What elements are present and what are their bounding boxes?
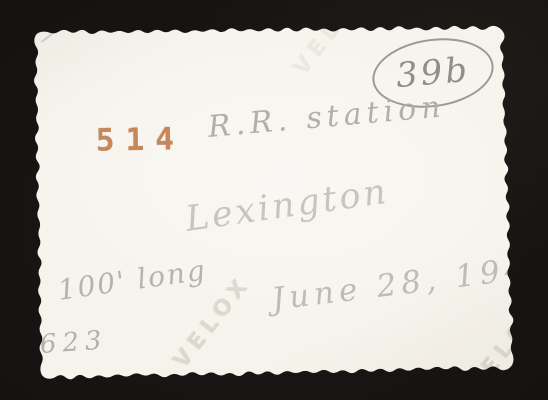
handwritten-note-index: 623 — [39, 325, 109, 360]
photo-back-annotations: VELOX 39b 514 R.R. station Lexington 100… — [0, 0, 548, 400]
stamp-number: 514 — [96, 121, 186, 159]
photo-scan-background: VELOX 39b 514 R.R. station Lexington 100… — [0, 0, 548, 400]
